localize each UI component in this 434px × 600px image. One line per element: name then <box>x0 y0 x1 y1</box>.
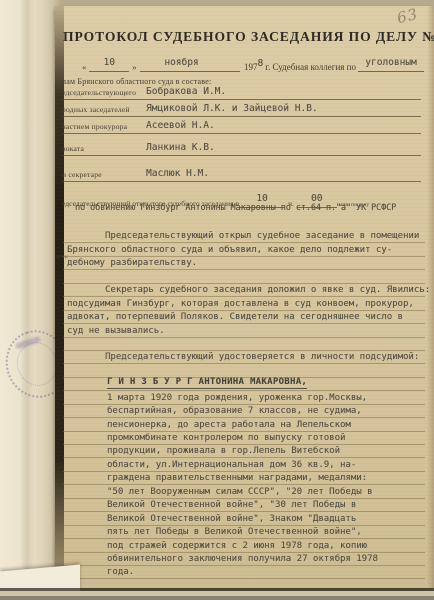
field-value: Ямциковой Л.К. и Зайцевой Н.В. <box>146 103 318 114</box>
date-line: « 10 » ноября 197 8 г. Судебная коллегия… <box>79 55 424 72</box>
row-text: суд не вызывались. <box>67 326 165 336</box>
field-peoples-assessors: родных заседателей Ямциковой Л.К. и Зайц… <box>62 101 421 117</box>
row-text: промкомбинате контролером по выпуску гот… <box>107 433 345 443</box>
row-text: Великой Отечественной войне", Знаком "Дв… <box>107 514 356 524</box>
protocol-text-row: продукции, проживала в гор.Лепель Витебс… <box>63 445 425 458</box>
defendant-name-row: Г И Н З Б У Р Г АНТОНИНА МАКАРОВНА, <box>63 378 425 391</box>
protocol-text-row: промкомбинате контролером по выпуску гот… <box>63 432 425 445</box>
court-board-text: г. Судебная коллегия по <box>265 62 356 72</box>
row-text: подсудимая Гинзбург, которая доставлена … <box>67 299 414 309</box>
open-quote: « <box>82 62 86 72</box>
row-text: продукции, проживала в гор.Лепель Витебс… <box>107 446 340 456</box>
protocol-text-row: дебному разбирательству. <box>63 257 425 270</box>
row-text: Брянского областного суда и объявил, как… <box>67 245 392 255</box>
field-label: едседательствующего <box>62 88 136 97</box>
row-text: года. <box>107 567 134 577</box>
binding-edge-strip <box>0 0 60 600</box>
date-day-field: 10 <box>89 60 129 72</box>
field-value: Ланкина К.В. <box>146 142 215 153</box>
date-month-field: ноября <box>140 60 224 72</box>
row-text: области, ул.Интернациональная дом 36 кв.… <box>107 460 356 470</box>
row-text: Великой Отечественной войне", "30 лет По… <box>107 500 356 510</box>
field-value: Маслюк Н.М. <box>146 168 209 179</box>
protocol-text-row: Председательствующий удостоверяется в ли… <box>63 351 425 364</box>
page-right-shadow <box>427 6 434 588</box>
row-text: 1 марта 1920 года рождения, уроженка гор… <box>107 393 367 403</box>
row-text: обвинительного заключения получила 27 ок… <box>107 554 378 564</box>
protocol-text-row: Секретарь судебного заседания доложил о … <box>63 284 425 297</box>
protocol-text-row: Великой Отечественной войне", Знаком "Дв… <box>63 512 425 525</box>
field-value: Бобракова И.М. <box>146 86 226 97</box>
protocol-body: Председательствующий открыл судебное зас… <box>63 230 425 579</box>
document-scan: 63 ПРОТОКОЛ СУДЕБНОГО ЗАСЕДАНИЯ ПО ДЕЛУ … <box>0 0 434 600</box>
protocol-text-row: "50 лет Вооруженным силам СССР", "20 лет… <box>63 485 425 498</box>
field-label: частием прокурора <box>62 122 127 131</box>
case-type-field: уголовным <box>358 60 424 72</box>
accusation-line: по обвинению Гинзбург Антонины Макаровны… <box>75 203 396 213</box>
protocol-text-row: обвинительного заключения получила 27 ок… <box>63 553 425 566</box>
protocol-text-row: области, ул.Интернациональная дом 36 кв.… <box>63 458 425 471</box>
row-text: граждена правительственными наградами, м… <box>107 473 367 483</box>
row-text: Председательствующий открыл судебное зас… <box>105 231 419 241</box>
protocol-text-row: пенсионерка, до ареста работала на Лепел… <box>63 418 425 431</box>
field-presiding-judge: едседательствующего Бобракова И.М. <box>62 84 421 100</box>
protocol-text-row: граждена правительственными наградами, м… <box>63 472 425 485</box>
protocol-text-row: Брянского областного суда и объявил, как… <box>63 243 425 256</box>
protocol-text-row: подсудимая Гинзбург, которая доставлена … <box>63 297 425 310</box>
paper-fold-shadow <box>20 0 34 600</box>
protocol-text-row: адвокат, потерпевший Поляков. Свидетели … <box>63 311 425 324</box>
header-row: ПРОТОКОЛ СУДЕБНОГО ЗАСЕДАНИЯ ПО ДЕЛУ № 1… <box>63 29 423 45</box>
date-blank-line <box>224 71 241 72</box>
field-label: родных заседателей <box>62 105 130 114</box>
row-text: адвокат, потерпевший Поляков. Свидетели … <box>67 312 403 322</box>
field-value: Асеевой Н.А. <box>146 120 215 131</box>
row-text: пенсионерка, до ареста работала на Лепел… <box>107 420 351 430</box>
field-label: воката <box>62 144 84 153</box>
protocol-text-row: пять лет Победы в Великой Отечественной … <box>63 526 425 539</box>
close-quote: » <box>132 62 136 72</box>
document-title: ПРОТОКОЛ СУДЕБНОГО ЗАСЕДАНИЯ ПО ДЕЛУ № <box>63 29 434 45</box>
protocol-text-row: Великой Отечественной войне", "30 лет По… <box>63 499 425 512</box>
row-text: беспартийная, образование 7 классов, не … <box>107 406 362 416</box>
protocol-page: 63 ПРОТОКОЛ СУДЕБНОГО ЗАСЕДАНИЯ ПО ДЕЛУ … <box>55 6 434 588</box>
year-printed: 197 <box>244 62 258 72</box>
row-text: Г И Н З Б У Р Г АНТОНИНА МАКАРОВНА, <box>107 377 307 389</box>
field-advocate: воката Ланкина К.В. <box>62 140 421 156</box>
row-text: дебному разбирательству. <box>67 258 197 268</box>
row-text: пять лет Победы в Великой Отечественной … <box>107 527 362 537</box>
row-text: "50 лет Вооруженным силам СССР", "20 лет… <box>107 487 373 497</box>
scan-bottom-band <box>0 596 434 600</box>
field-label: и секретаре <box>62 170 102 179</box>
year-typed: 8 <box>258 58 264 69</box>
field-prosecutor: частием прокурора Асеевой Н.А. <box>62 118 421 134</box>
protocol-text-row: суд не вызывались. <box>63 324 425 337</box>
row-text: Председательствующий удостоверяется в ли… <box>105 352 419 362</box>
protocol-text-row: под стражей содержится с 2 июня 1978 год… <box>63 539 425 552</box>
protocol-text-row: беспартийная, образование 7 классов, не … <box>63 405 425 418</box>
row-text: под стражей содержится с 2 июня 1978 год… <box>107 541 367 551</box>
field-secretary: и секретаре Маслюк Н.М. <box>62 166 421 182</box>
protocol-text-row: года. <box>63 566 425 579</box>
handwritten-page-number: 63 <box>395 5 420 28</box>
protocol-text-row: 1 марта 1920 года рождения, уроженка гор… <box>63 391 425 404</box>
protocol-text-row: Председательствующий открыл судебное зас… <box>63 230 425 243</box>
ruled-empty-row <box>63 364 425 377</box>
ruled-empty-row <box>63 270 425 283</box>
row-text: Секретарь судебного заседания доложил о … <box>105 285 430 295</box>
ruled-empty-row <box>63 338 425 351</box>
